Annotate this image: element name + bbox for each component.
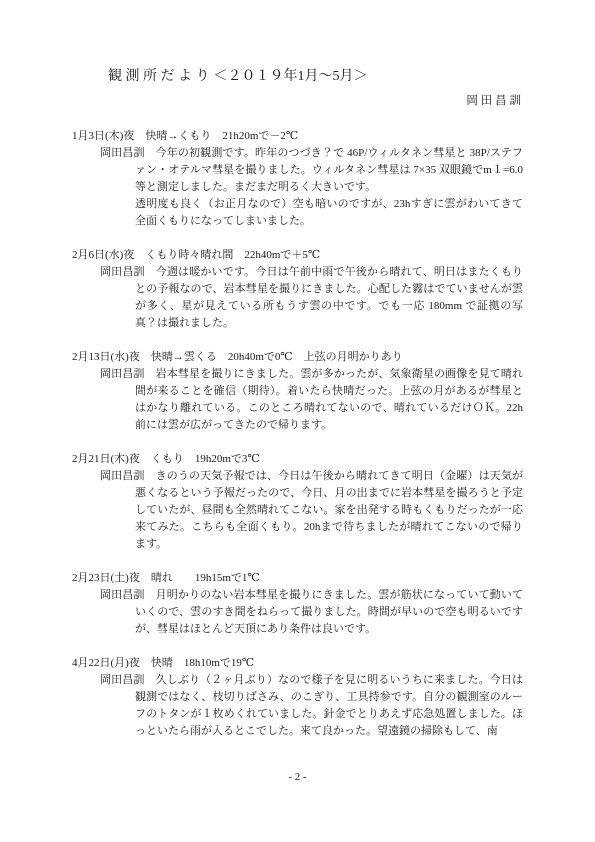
entry-body: 岡田昌訓岩本彗星を撮りにきました。雲が多かったが、気象衛星の画像を見て晴れ間が来…	[100, 366, 523, 434]
page-title: 観 測 所 だ よ り＜２０１９年1月～5月＞	[108, 66, 595, 88]
entry-text: きのうの天気予報では、今日は午後から晴れてきて明日（金曜）は天気が悪くなるという…	[135, 470, 523, 550]
entry-text: 岩本彗星を撮りにきました。雲が多かったが、気象衛星の画像を見て晴れ間が来ることを…	[135, 368, 523, 431]
title-main: 観 測 所 だ よ り	[108, 69, 210, 84]
entry-body: 岡田昌訓久しぶり（２ヶ月ぶり）なので様子を見に明るいうちに来ました。今日は観測で…	[100, 672, 523, 740]
reporter-name: 岡田昌訓	[100, 589, 156, 601]
document-page: 観 測 所 だ よ り＜２０１９年1月～5月＞ 岡 田 昌 訓 1月3日(木)夜…	[0, 0, 595, 842]
entry-paragraph: 岡田昌訓きのうの天気予報では、今日は午後から晴れてきて明日（金曜）は天気が悪くな…	[100, 468, 523, 553]
reporter-name: 岡田昌訓	[100, 674, 156, 686]
entry-body: 岡田昌訓今年の初観測です。昨年のつづき？で 46P/ウィルタネン彗星と 38P/…	[100, 145, 523, 230]
entry-body: 岡田昌訓今週は暖かいです。今日は午前中雨で午後から晴れて、明日はまたくもりとの予…	[100, 264, 523, 332]
author-name: 岡 田 昌 訓	[0, 93, 595, 109]
entry-text: 今週は暖かいです。今日は午前中雨で午後から晴れて、明日はまたくもりとの予報なので…	[135, 266, 523, 329]
page-number: - 2 -	[0, 769, 595, 786]
entry-paragraph: 透明度も良く（お正月なので）空も暗いのですが、23hすぎに雲がわいてきて全面くも…	[100, 196, 523, 230]
reporter-name: 岡田昌訓	[100, 266, 156, 278]
entry-paragraph: 岡田昌訓今週は暖かいです。今日は午前中雨で午後から晴れて、明日はまたくもりとの予…	[100, 264, 523, 332]
entry-paragraph: 岡田昌訓月明かりのない岩本彗星を撮りにきました。雲が筋状になっていて動いていくの…	[100, 587, 523, 638]
entry-paragraph: 岡田昌訓岩本彗星を撮りにきました。雲が多かったが、気象衛星の画像を見て晴れ間が来…	[100, 366, 523, 434]
entry-text: 月明かりのない岩本彗星を撮りにきました。雲が筋状になっていて動いていくので、雲の…	[135, 589, 523, 635]
reporter-name: 岡田昌訓	[100, 147, 156, 159]
entry-body: 岡田昌訓月明かりのない岩本彗星を撮りにきました。雲が筋状になっていて動いていくの…	[100, 587, 523, 638]
reporter-name: 岡田昌訓	[100, 470, 156, 482]
entry-feb-21: 2月21日(木)夜 くもり 19h20mで3℃ 岡田昌訓きのうの天気予報では、今…	[72, 451, 523, 553]
entry-feb-23: 2月23日(土)夜 晴れ 19h15mで1℃ 岡田昌訓月明かりのない岩本彗星を撮…	[72, 570, 523, 638]
entries-list: 1月3日(木)夜 快晴→くもり 21h20mで－2℃ 岡田昌訓今年の初観測です。…	[72, 128, 523, 740]
entry-feb-6: 2月6日(水)夜 くもり時々晴れ間 22h40mで＋5℃ 岡田昌訓今週は暖かいで…	[72, 247, 523, 332]
page-header: 観 測 所 だ よ り＜２０１９年1月～5月＞ 岡 田 昌 訓	[0, 0, 595, 109]
entry-date-line: 2月6日(水)夜 くもり時々晴れ間 22h40mで＋5℃	[72, 247, 523, 264]
entry-date-line: 2月21日(木)夜 くもり 19h20mで3℃	[72, 451, 523, 468]
entry-jan-3: 1月3日(木)夜 快晴→くもり 21h20mで－2℃ 岡田昌訓今年の初観測です。…	[72, 128, 523, 230]
entry-text: 久しぶり（２ヶ月ぶり）なので様子を見に明るいうちに来ました。今日は観測ではなく、…	[135, 674, 523, 737]
entry-date-line: 2月13日(水)夜 快晴→雲くる 20h40mで0℃ 上弦の月明かりあり	[72, 349, 523, 366]
entry-paragraph: 岡田昌訓久しぶり（２ヶ月ぶり）なので様子を見に明るいうちに来ました。今日は観測で…	[100, 672, 523, 740]
entry-body: 岡田昌訓きのうの天気予報では、今日は午後から晴れてきて明日（金曜）は天気が悪くな…	[100, 468, 523, 553]
entry-text: 今年の初観測です。昨年のつづき？で 46P/ウィルタネン彗星と 38P/ステファ…	[135, 147, 523, 193]
title-period: ＜２０１９年1月～5月＞	[214, 69, 368, 84]
entry-date-line: 2月23日(土)夜 晴れ 19h15mで1℃	[72, 570, 523, 587]
entry-apr-22: 4月22日(月)夜 快晴 18h10mで19℃ 岡田昌訓久しぶり（２ヶ月ぶり）な…	[72, 655, 523, 740]
entry-date-line: 4月22日(月)夜 快晴 18h10mで19℃	[72, 655, 523, 672]
entry-feb-13: 2月13日(水)夜 快晴→雲くる 20h40mで0℃ 上弦の月明かりあり 岡田昌…	[72, 349, 523, 434]
entry-date-line: 1月3日(木)夜 快晴→くもり 21h20mで－2℃	[72, 128, 523, 145]
reporter-name: 岡田昌訓	[100, 368, 156, 380]
entry-paragraph: 岡田昌訓今年の初観測です。昨年のつづき？で 46P/ウィルタネン彗星と 38P/…	[100, 145, 523, 196]
